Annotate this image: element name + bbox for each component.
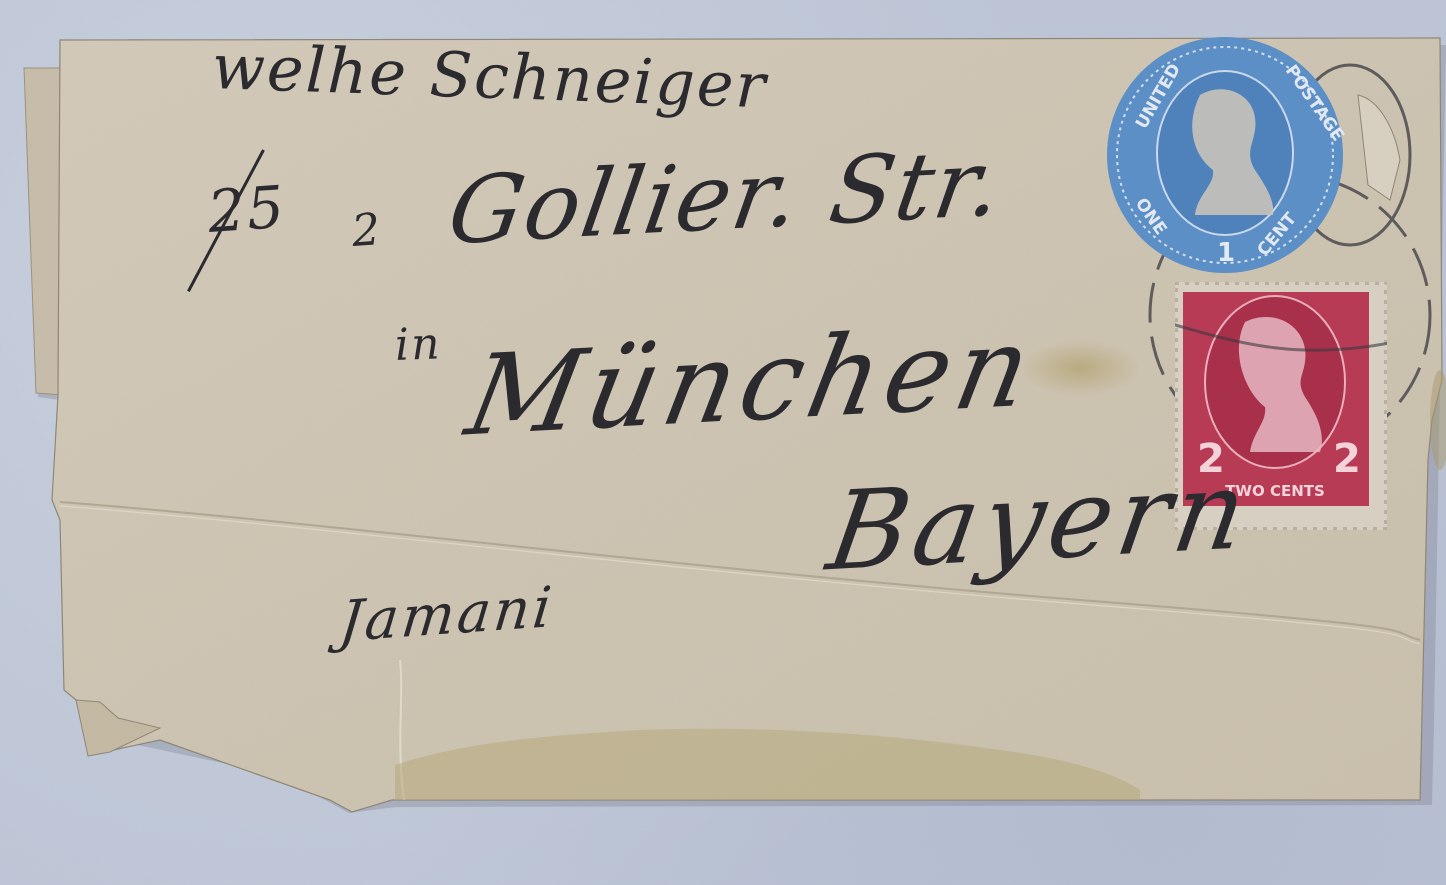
embossed-value: 1 — [1217, 238, 1235, 268]
embossed-stamp: UNITED POSTAGE ONE CENT 1 — [1105, 35, 1345, 275]
region-name: Bayern — [820, 447, 1259, 595]
preposition-in: in — [394, 318, 442, 371]
house-number-fraction: 2 — [350, 204, 383, 257]
photo-scene: UNITED POSTAGE ONE CENT 1 2 2 TWO CENTS … — [0, 0, 1446, 885]
adhesive-value-right: 2 — [1333, 436, 1361, 482]
